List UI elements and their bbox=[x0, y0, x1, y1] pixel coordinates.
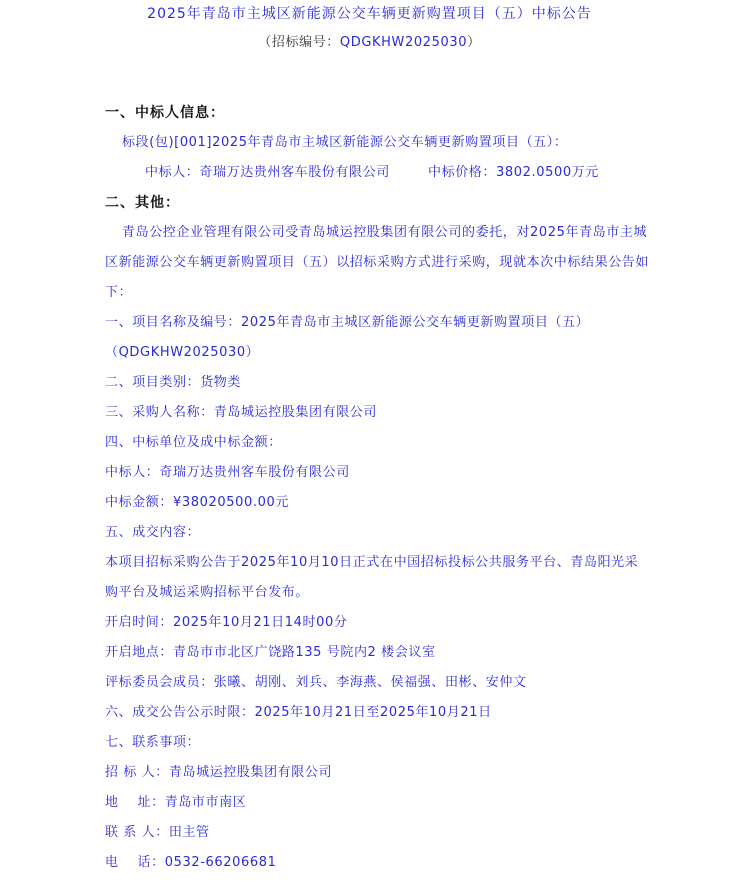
item-content-line: 购平台及城运采购招标平台发布。 bbox=[105, 585, 309, 601]
item-purchaser: 三、采购人名称：青岛城运控股集团有限公司 bbox=[105, 405, 377, 421]
item-project-name: 一、项目名称及编号：2025年青岛市主城区新能源公交车辆更新购置项目（五） bbox=[105, 315, 589, 331]
section-heading-winner-info: 一、中标人信息： bbox=[105, 105, 225, 121]
item-open-location: 开启地点：青岛市市北区广饶路135 号院内2 楼会议室 bbox=[105, 645, 436, 661]
item-contact-heading: 七、联系事项： bbox=[105, 735, 200, 751]
item-publicity-period: 六、成交公告公示时限：2025年10月21日至2025年10月21日 bbox=[105, 705, 492, 721]
section-heading-other: 二、其他： bbox=[105, 195, 180, 211]
contact-person: 联 系 人：田主管 bbox=[105, 825, 210, 841]
document-title: 2025年青岛市主城区新能源公交车辆更新购置项目（五）中标公告 bbox=[0, 6, 739, 22]
tender-number-suffix: ） bbox=[467, 35, 481, 50]
winner-price: 中标价格：3802.0500万元 bbox=[428, 165, 599, 181]
item-open-time: 开启时间：2025年10月21日14时00分 bbox=[105, 615, 347, 631]
tender-number-code: QDGKHW2025030 bbox=[340, 35, 467, 50]
item-content-line: 本项目招标采购公告于2025年10月10日正式在中国招标投标公共服务平台、青岛阳… bbox=[105, 555, 638, 571]
item-amount: 中标金额：¥38020500.00元 bbox=[105, 495, 289, 511]
contact-address: 地 址：青岛市市南区 bbox=[105, 795, 246, 811]
intro-line: 下： bbox=[105, 285, 132, 301]
contact-tenderer: 招 标 人：青岛城运控股集团有限公司 bbox=[105, 765, 332, 781]
contact-phone: 电 话：0532-66206681 bbox=[105, 855, 276, 871]
winner-name: 中标人：奇瑞万达贵州客车股份有限公司 bbox=[145, 165, 390, 181]
intro-line: 区新能源公交车辆更新购置项目（五）以招标采购方式进行采购，现就本次中标结果公告如 bbox=[105, 255, 649, 271]
tender-number: （招标编号：QDGKHW2025030） bbox=[0, 35, 739, 51]
item-project-category: 二、项目类别：货物类 bbox=[105, 375, 241, 391]
item-winner: 中标人：奇瑞万达贵州客车股份有限公司 bbox=[105, 465, 350, 481]
item-content-heading: 五、成交内容： bbox=[105, 525, 200, 541]
intro-line: 青岛公控企业管理有限公司受青岛城运控股集团有限公司的委托，对2025年青岛市主城 bbox=[122, 225, 647, 241]
lot-line: 标段(包)[001]2025年青岛市主城区新能源公交车辆更新购置项目（五）： bbox=[122, 135, 567, 151]
item-winner-heading: 四、中标单位及成中标金额： bbox=[105, 435, 282, 451]
tender-number-prefix: （招标编号： bbox=[258, 35, 340, 50]
item-project-code: （QDGKHW2025030） bbox=[105, 345, 259, 361]
item-committee: 评标委员会成员：张曦、胡刚、刘兵、李海燕、侯福强、田彬、安仲文 bbox=[105, 675, 527, 691]
